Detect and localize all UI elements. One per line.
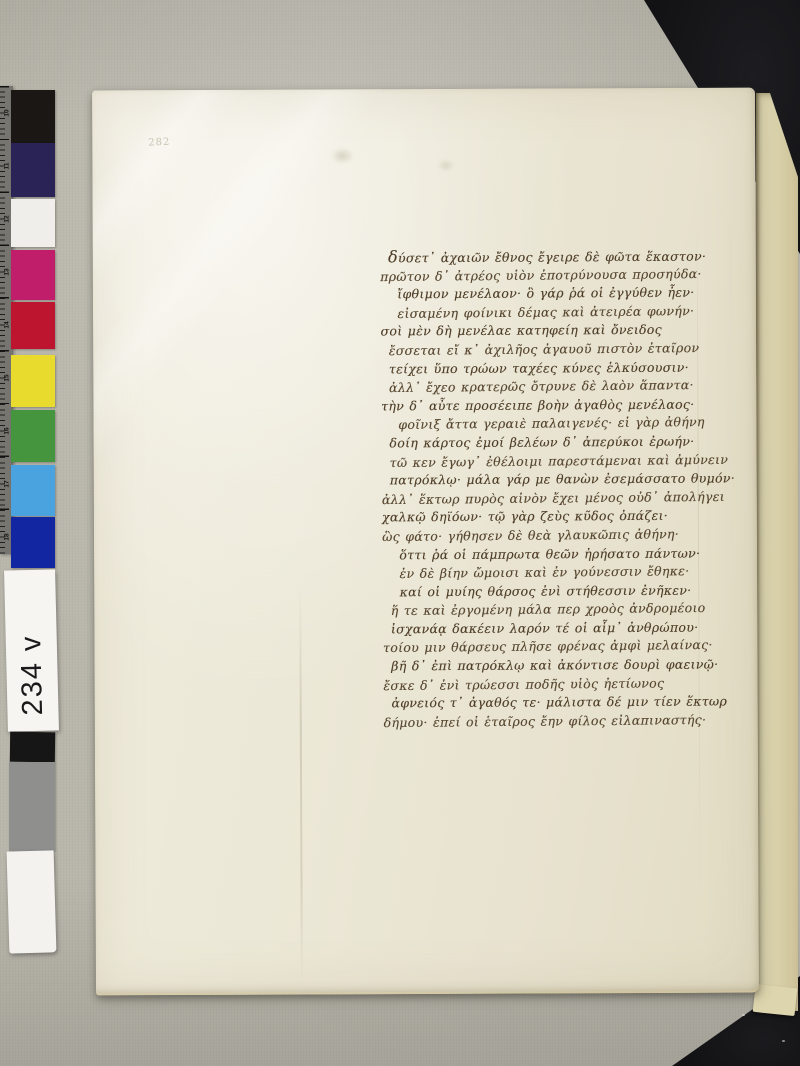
manuscript-line: δοίη κάρτος ἐμοί βελέων δ᾽ ἀπερύκοι ἐρωή…: [389, 432, 741, 453]
show-through-smudge: [437, 159, 454, 172]
color-patch-black-lower: [10, 732, 55, 763]
patch-magenta: [11, 250, 55, 300]
manuscript-line: βῆ δ᾽ ἐπὶ πατρόκλῳ καὶ ἀκόντισε δουρὶ φα…: [391, 655, 743, 676]
folio-label: 234 v: [15, 634, 50, 716]
manuscript-line: δύσετ᾽ ἀχαιῶν ἔθνος ἔγειρε δὲ φῶτα ἕκαστ…: [388, 246, 740, 267]
manuscript-line: φοῖνιξ ἄττα γεραιὲ παλαιγενές· εἰ γὰρ ἀθ…: [398, 413, 741, 435]
patch-white: [11, 199, 55, 247]
folio-label-card: 234 v: [4, 569, 59, 731]
manuscript-photo: 282 δύσετ᾽ ἀχαιῶν ἔθνος ἔγειρε δὲ φῶτα ἕ…: [0, 0, 800, 1066]
show-through-smudge: [330, 147, 354, 164]
manuscript-line: ὣς φάτο· γήθησεν δὲ θεὰ γλαυκῶπις ἀθήνη·: [382, 525, 742, 547]
color-calibration-bar: [11, 90, 55, 568]
manuscript-line: πατρόκλῳ· μάλα γάρ με θανὼν ἐσεμάσσατο θ…: [390, 469, 742, 490]
patch-blue: [11, 517, 55, 568]
manuscript-line: δήμου· ἐπεί οἱ ἑταῖρος ἔην φίλος εἰλαπιν…: [384, 711, 744, 733]
manuscript-line: ἔσσεται εἴ κ᾽ ἀχιλῆος ἀγαυοῦ πιστὸν ἑταῖ…: [389, 339, 741, 361]
text-block: δύσετ᾽ ἀχαιῶν ἔθνος ἔγειρε δὲ φῶτα ἕκαστ…: [380, 246, 744, 732]
page-crease: [299, 586, 303, 983]
manuscript-line: ἴφθιμον μενέλαον· ὃ γάρ ῥά οἱ ἐγγύθεν ἦε…: [397, 284, 740, 305]
manuscript-line: ἀφνειός τ᾽ ἀγαθός τε· μάλιστα δέ μιν τίε…: [391, 693, 743, 714]
patch-green: [11, 410, 55, 462]
patch-navy: [11, 143, 55, 197]
underlying-leaf-corner: [753, 984, 798, 1016]
manuscript-line: ἀλλ᾽ ἔχεο κρατερῶς ὄτρυνε δὲ λαὸν ἅπαντα…: [389, 376, 741, 398]
color-patch-white-lower: [7, 850, 57, 953]
manuscript-line: ἐν δὲ βίην ὤμοισι καὶ ἐν γούνεσσιν ἔθηκε…: [399, 562, 742, 584]
color-patch-gray-lower: [9, 762, 55, 851]
patch-yellow: [11, 355, 55, 407]
patch-red: [11, 302, 55, 349]
patch-black: [11, 90, 55, 143]
underlying-leaf-fore-edge: [756, 93, 798, 1011]
lint-speck: [742, 1014, 745, 1016]
manuscript-page: 282 δύσετ᾽ ἀχαιῶν ἔθνος ἔγειρε δὲ φῶτα ἕ…: [92, 88, 759, 996]
faint-foliation-number: 282: [148, 137, 171, 149]
lint-speck: [782, 1040, 785, 1042]
patch-skyblue: [11, 465, 55, 516]
manuscript-line: ἥ τε καὶ ἐργομένη μάλα περ χροὸς ἀνδρομέ…: [391, 599, 743, 621]
